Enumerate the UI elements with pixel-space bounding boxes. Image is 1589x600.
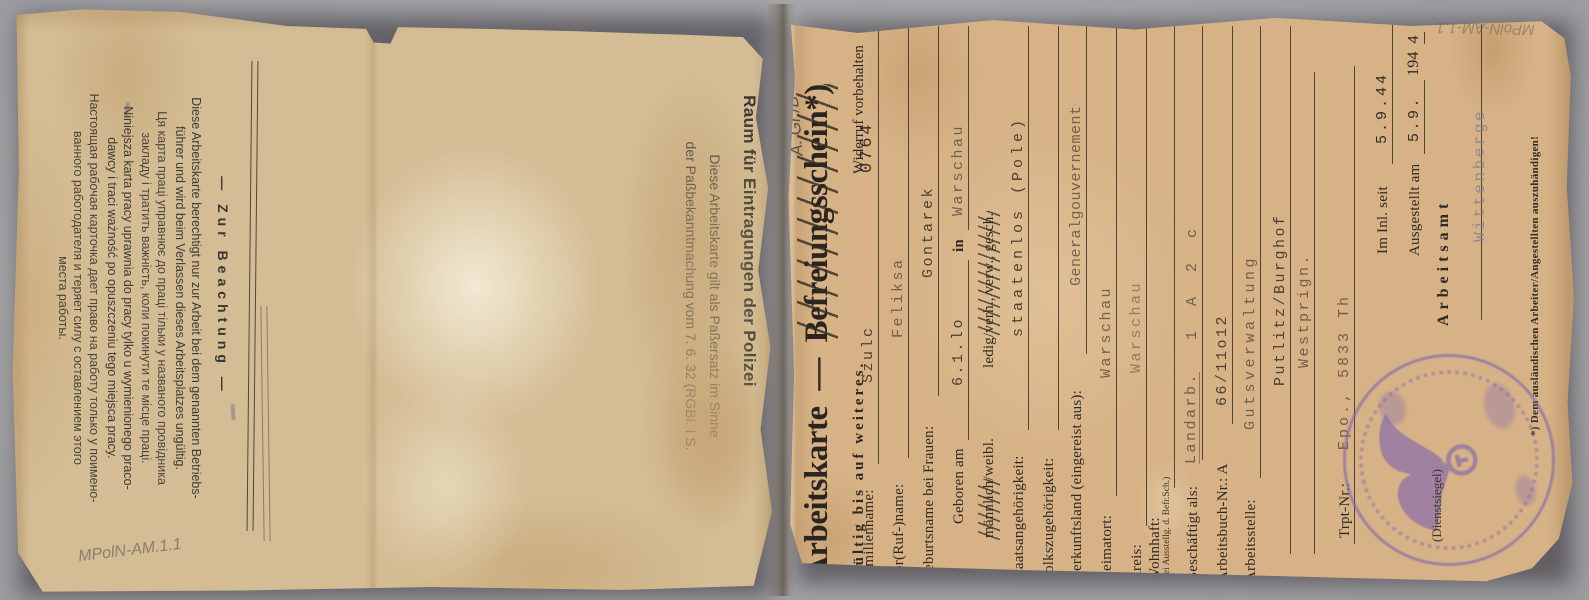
wohnhaft-label: Wohnhaft: xyxy=(1147,517,1164,582)
beschaeftigt-value: Landarb. xyxy=(1184,372,1200,464)
form-row-herkunftsland: Herkunftsland (eingereist aus): Generalg… xyxy=(1061,26,1087,582)
arbeitsstelle-place-value: Putlitz/Burghof xyxy=(1273,213,1288,386)
ausgestellt-label: Ausgestellt am xyxy=(1407,164,1424,256)
registry-number-value: 0764 xyxy=(859,122,876,173)
familienname-value: Szulc xyxy=(861,325,876,383)
form-page-content: A. Gr./B. Arbeitskarte — Befreiungsschei… xyxy=(787,12,1577,594)
year-printed: 194 xyxy=(1405,51,1423,76)
iminl-value: 5.9.44 xyxy=(1375,72,1390,144)
arbeitsbuch-line xyxy=(1232,26,1233,424)
arbeitskarte-back-page: Raum für Eintragungen der Polizei Diese … xyxy=(12,6,775,594)
title-befreiungsschein-crossed: Befreiungsschein*) xyxy=(799,84,836,342)
form-row-familienname: Familienname: Szulc 0764 xyxy=(853,26,879,582)
notice-polish: Niniejsza karta pracy uprawnia do pracy … xyxy=(104,68,135,528)
volkszugehoerigkeit-label: Volkszugehörigkeit: xyxy=(1041,458,1058,582)
maennlich-crossed: männlich xyxy=(981,481,998,538)
notice-polish-line2: dawcy i traci ważność po opuszczeniu teg… xyxy=(104,68,120,528)
form-row-trpt: Trpt-Nr.: Epo., 5833 Th xyxy=(1329,26,1355,582)
stamp-smudge xyxy=(1512,473,1539,507)
title-arbeitskarte: Arbeitskarte xyxy=(799,406,835,580)
notice-polish-line1: Niniejsza karta pracy uprawnia do pracy … xyxy=(120,68,136,528)
herkunftsland-label: Herkunftsland (eingereist aus): xyxy=(1069,390,1086,582)
document-scan-stage: Raum für Eintragungen der Polizei Diese … xyxy=(0,0,1589,600)
volkszugehoerigkeit-line xyxy=(1058,26,1059,430)
ausgestellt-line xyxy=(1424,80,1425,154)
arbeitsbuch-value: 66/11o12 xyxy=(1215,314,1230,406)
form-row-ausgestellt: Ausgestellt am 5.9. 194 4 xyxy=(1399,26,1425,582)
trpt-label: Trpt-Nr.: xyxy=(1337,483,1354,538)
notice-russian-line1: Настоящая рабочая карточка дает право на… xyxy=(86,68,102,528)
dienstsiegel-label: (Dienstsiegel) xyxy=(1429,469,1445,542)
iminl-line xyxy=(1392,24,1393,164)
trpt-value: Epo., 5833 Th xyxy=(1337,294,1352,450)
form-row-wohnhaft: Wohnhaft: (bei Ausstellg. d. Befr.Sch.) xyxy=(1145,26,1175,582)
form-row-geschlecht-familienstand: männlich/weibl. ledig/verh., verw., gesc… xyxy=(973,26,999,582)
arbeitsbuch-label: Arbeitsbuch-Nr.: A xyxy=(1215,463,1232,582)
notice-ukrainian: Ця карта праці управнює до праці тільки … xyxy=(138,68,169,528)
double-rule-upper xyxy=(260,306,270,541)
form-row-arbeitsstelle: Arbeitsstelle: Gutsverwaltung xyxy=(1235,26,1261,582)
pass-substitute-note-line1: Diese Arbeitskarte gilt als Paßersatz im… xyxy=(707,96,723,496)
notice-german: Diese Arbeitskarte berechtigt nur zur Ar… xyxy=(172,68,203,528)
staatsangehoerigkeit-value: staatenlos (Pole) xyxy=(1011,116,1026,337)
form-row-beschaeftigt: Beschäftigt als: Landarb. 1 A 2 c xyxy=(1177,26,1203,582)
arbeitskarte-form-page: A. Gr./B. Arbeitskarte — Befreiungsschei… xyxy=(787,12,1577,594)
geburtsname-line xyxy=(938,26,939,396)
trpt-line xyxy=(1354,66,1355,544)
heimatort-value: Warschau xyxy=(1099,286,1114,378)
notice-russian: Настоящая рабочая карточка дает право на… xyxy=(55,68,102,528)
form-row-arbeitsstelle2: Putlitz/Burghof xyxy=(1265,26,1291,582)
notice-russian-line3: места работы. xyxy=(55,68,71,528)
double-rule xyxy=(247,61,259,531)
geschlecht-label: männlich/weibl. xyxy=(981,438,998,538)
document-title: Arbeitskarte — Befreiungsschein*) xyxy=(799,84,836,580)
ausgestellt-date-value: 5.9. xyxy=(1407,96,1422,142)
left-page-content: Raum für Eintragungen der Polizei Diese … xyxy=(12,6,775,594)
wohnhaft-sublabel: (bei Ausstellg. d. Befr.Sch.) xyxy=(1163,477,1173,582)
notice-russian-line2: ванного работодателя и теряет силу с ост… xyxy=(70,68,86,528)
ledig-option: ledig/ xyxy=(981,333,997,368)
form-row-vorname: Vor(Ruf-)name: Feliksa xyxy=(883,26,909,582)
trilingual-notice-block: Diese Arbeitskarte berechtigt nur zur Ar… xyxy=(55,68,204,528)
staatsangehoerigkeit-line xyxy=(1028,26,1029,430)
geboren-label: Geboren am xyxy=(951,448,968,524)
vorname-line xyxy=(908,26,909,458)
archival-pencil-note-top-right: MPolN-AM-1.1 xyxy=(1398,18,1573,38)
form-row-arbeitsbuch: Arbeitsbuch-Nr.: A 66/11o12 xyxy=(1207,26,1233,582)
beschaeftigt-line xyxy=(1202,26,1203,460)
footnote: *) Dem ausländischen Arbeiter/Angestellt… xyxy=(1529,136,1541,436)
arbeitsamt-label: Arbeitsamt xyxy=(1435,199,1453,326)
arbeitsstelle-value: Gutsverwaltung xyxy=(1243,255,1258,430)
familienstand-label: ledig/verh., verw., gesch. xyxy=(981,213,998,368)
pencil-smudge-mark xyxy=(230,404,235,420)
geburtsname-label: Geburtsname bei Frauen: xyxy=(921,426,938,582)
geboren-date-value: 6.1.lo xyxy=(951,317,966,386)
notice-german-line1: Diese Arbeitskarte berechtigt nur zur Ar… xyxy=(188,68,204,528)
form-row-geburtsname: Geburtsname bei Frauen: Gontarek xyxy=(913,26,939,582)
form-row-iminl: Im Inl. seit 5.9.44 xyxy=(1367,26,1393,582)
form-row-arbeitsamt-office: Wittenberge xyxy=(1463,26,1489,582)
geboren-in-label: in xyxy=(951,239,968,252)
staatsangehoerigkeit-label: Staatsangehörigkeit: xyxy=(1011,456,1028,582)
iminl-label: Im Inl. seit xyxy=(1375,186,1392,254)
title-dash: — xyxy=(799,358,835,391)
familienstand-crossed: verh., verw., gesch. xyxy=(981,213,998,333)
beschaeftigt-label: Beschäftigt als: xyxy=(1185,486,1202,582)
notice-ukrainian-line1: Ця карта праці управнює до праці тільки … xyxy=(154,68,170,528)
geboren-place-value: Warschau xyxy=(951,124,966,216)
zur-beachtung-heading: — Zur Beachtung — xyxy=(215,6,231,566)
form-row-geboren: Geboren am 6.1.lo in Warschau xyxy=(943,26,969,582)
form-row-staatsangehoerigkeit: Staatsangehörigkeit: staatenlos (Pole) xyxy=(1003,26,1029,582)
herkunftsland-value: Generalgouvernement xyxy=(1069,105,1084,286)
arbeitsstelle-region-value: Westprign. xyxy=(1297,253,1312,368)
geburtsname-value: Gontarek xyxy=(921,186,936,278)
familienname-line xyxy=(878,26,879,464)
wohnhaft-line xyxy=(1174,26,1175,488)
form-row-arbeitsstelle3: Westprign. xyxy=(1289,26,1315,582)
form-row-heimatort: Heimatort: Warschau xyxy=(1091,26,1117,582)
heimatort-line xyxy=(1116,26,1117,496)
weibl-option: weibl. xyxy=(981,438,997,476)
beschaeftigt-grade-value: 1 A 2 c xyxy=(1185,221,1200,340)
arbeitsamt-office-stamp: Wittenberge xyxy=(1472,109,1488,242)
geboren-place-line xyxy=(968,26,969,230)
notice-ukrainian-line2: закладу і тратить важність, коли покинут… xyxy=(138,68,154,528)
form-row-kreis: Kreis: Warschau xyxy=(1121,26,1147,582)
vorname-value: Feliksa xyxy=(891,257,906,338)
arbeitsstelle-label: Arbeitsstelle: xyxy=(1243,499,1260,582)
notice-german-line2: führer und wird beim Verlassen dieses Ar… xyxy=(172,68,188,528)
geboren-date-line xyxy=(968,260,969,440)
kreis-value: Warschau xyxy=(1129,281,1144,373)
pass-substitute-note-line2: der Paßbekanntmachung vom 7. 6. 32 (RGBl… xyxy=(683,96,699,496)
form-row-volkszugehoerigkeit: Volkszugehörigkeit: xyxy=(1033,26,1059,582)
herkunftsland-line xyxy=(1086,26,1087,354)
arbeitsstelle-line3 xyxy=(1314,72,1315,554)
police-entries-heading: Raum für Eintragungen der Polizei xyxy=(739,6,759,476)
arbeitsstelle-line xyxy=(1260,26,1261,478)
